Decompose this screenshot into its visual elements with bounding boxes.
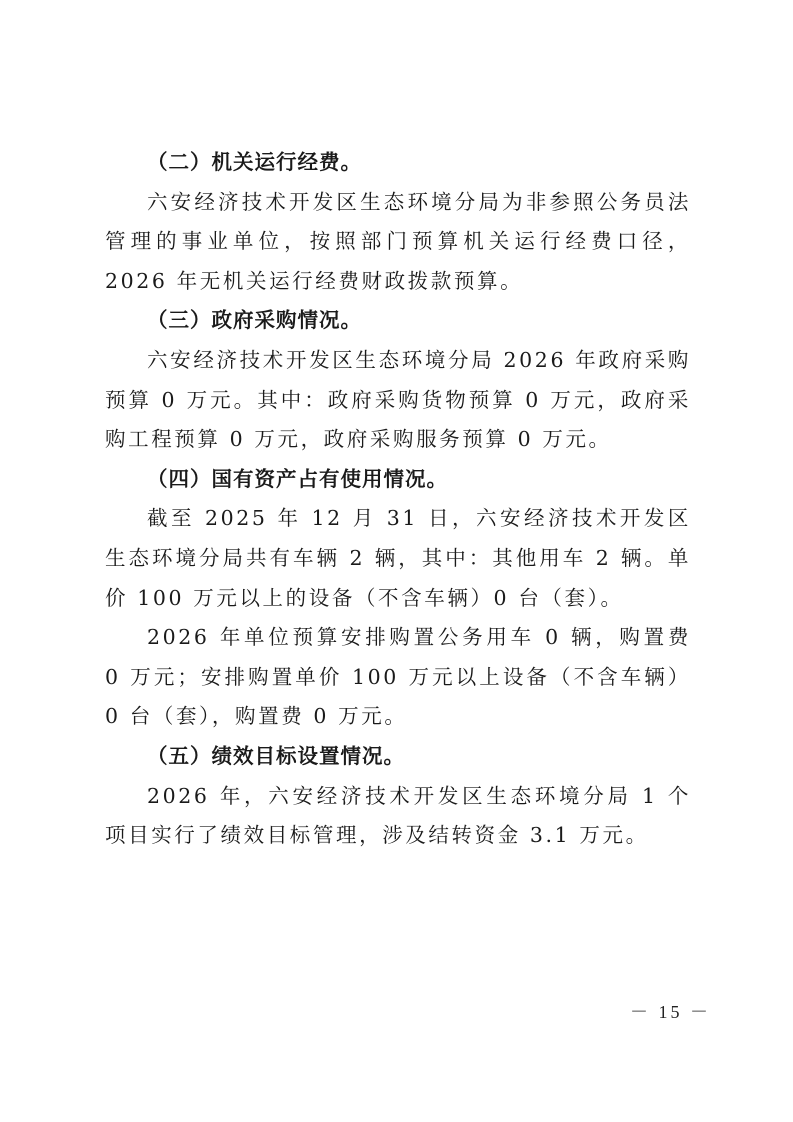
section-performance-targets: （五）绩效目标设置情况。 2026 年，六安经济技术开发区生态环境分局 1 个项… [105, 737, 691, 856]
paragraph: 2026 年单位预算安排购置公务用车 0 辆，购置费 0 万元；安排购置单价 1… [105, 618, 691, 737]
document-page: （二）机关运行经费。 六安经济技术开发区生态环境分局为非参照公务员法管理的事业单… [105, 143, 691, 856]
paragraph: 六安经济技术开发区生态环境分局为非参照公务员法管理的事业单位，按照部门预算机关运… [105, 183, 691, 302]
section-heading: （三）政府采购情况。 [105, 301, 691, 341]
page-number: － 15 － [630, 998, 711, 1024]
paragraph: 截至 2025 年 12 月 31 日，六安经济技术开发区生态环境分局共有车辆 … [105, 499, 691, 618]
paragraph: 2026 年，六安经济技术开发区生态环境分局 1 个项目实行了绩效目标管理，涉及… [105, 777, 691, 856]
section-state-assets: （四）国有资产占有使用情况。 截至 2025 年 12 月 31 日，六安经济技… [105, 460, 691, 737]
section-heading: （五）绩效目标设置情况。 [105, 737, 691, 777]
section-heading: （二）机关运行经费。 [105, 143, 691, 183]
section-operating-expenses: （二）机关运行经费。 六安经济技术开发区生态环境分局为非参照公务员法管理的事业单… [105, 143, 691, 301]
paragraph: 六安经济技术开发区生态环境分局 2026 年政府采购预算 0 万元。其中：政府采… [105, 341, 691, 460]
section-heading: （四）国有资产占有使用情况。 [105, 460, 691, 500]
section-government-procurement: （三）政府采购情况。 六安经济技术开发区生态环境分局 2026 年政府采购预算 … [105, 301, 691, 459]
